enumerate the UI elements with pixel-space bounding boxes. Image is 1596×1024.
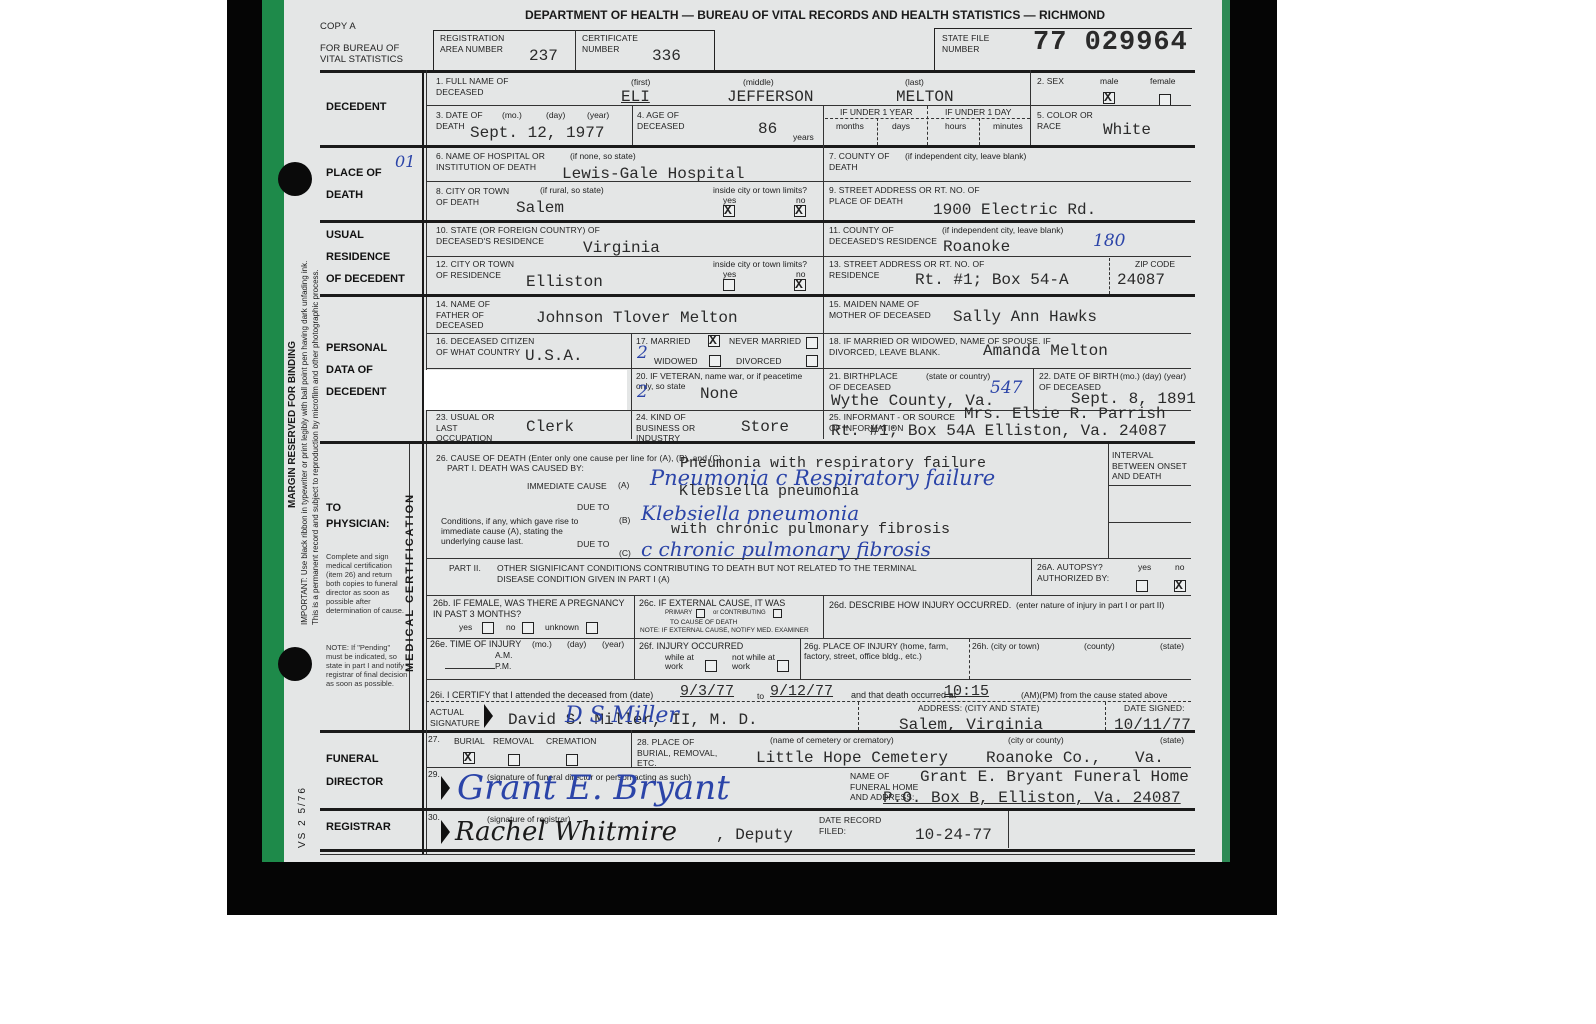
business-value: Store [741, 418, 789, 436]
item-29-label: 29. [428, 770, 440, 779]
section-funeral-director-2: DIRECTOR [326, 771, 383, 793]
inside-limits-label-2: inside city or town limits? [713, 260, 807, 269]
first-name-header: (first) [631, 78, 650, 87]
section-personal-data-3: DECEDENT [326, 381, 387, 403]
res-address-value: Rt. #1; Box 54-A [915, 271, 1069, 289]
burial-checkbox[interactable] [463, 752, 475, 764]
pregnancy-yes-checkbox[interactable] [482, 622, 494, 634]
immediate-cause-label: IMMEDIATE CAUSE [527, 481, 607, 492]
department-header: DEPARTMENT OF HEALTH — BUREAU OF VITAL R… [525, 8, 1105, 22]
part1-label: PART I. DEATH WAS CAUSED BY: [447, 463, 584, 474]
zip-label: ZIP CODE [1135, 260, 1175, 269]
county-of-death-hint: (if independent city, leave blank) [905, 152, 1026, 161]
res-county-hint: (if independent city, leave blank) [942, 226, 1063, 235]
registration-area-value: 237 [529, 47, 558, 65]
removal-label: REMOVAL [493, 737, 534, 746]
res-city-value: Elliston [526, 273, 603, 291]
item-27-label: 27. [428, 735, 440, 744]
days-label: days [892, 122, 910, 131]
male-checkbox[interactable] [1103, 92, 1115, 104]
state-hint: (state) [1160, 736, 1184, 745]
certify-text: 26i. I CERTIFY that I attended the decea… [430, 690, 653, 700]
zip-value: 24087 [1117, 271, 1165, 289]
mother-label: 15. MAIDEN NAME OF MOTHER OF DECEASED [829, 299, 939, 320]
physician-note: Complete and sign medical certification … [326, 552, 406, 615]
signature-pointer-icon [484, 704, 493, 728]
part2-label: PART II. [449, 563, 481, 574]
cremation-label: CREMATION [546, 737, 596, 746]
section-physician: TO [326, 500, 341, 516]
divorced-label: DIVORCED [736, 356, 782, 367]
ampm-label: (AM)(PM) from the cause stated above [1021, 690, 1167, 700]
veteran-value: None [700, 385, 738, 403]
yes-label-2: yes [723, 270, 736, 279]
citizen-value: U.S.A. [525, 347, 583, 365]
father-value: Johnson Tlover Melton [536, 309, 738, 327]
city-of-death-hint: (if rural, so state) [540, 186, 604, 195]
death-occurred-label: and that death occurred at [851, 690, 956, 700]
conditions-note: Conditions, if any, which gave rise to i… [441, 516, 591, 546]
date-filed-label: DATE RECORD FILED: [819, 815, 899, 836]
birthplace-hint: (state or country) [926, 372, 990, 381]
res-inside-limits-yes-checkbox[interactable] [723, 279, 735, 291]
father-label: 14. NAME OF FATHER OF DECEASED [436, 299, 516, 331]
while-work-checkbox[interactable] [705, 660, 717, 672]
male-label: male [1100, 77, 1118, 86]
cause-b-typed: Klebsiella pneumonia [679, 483, 859, 500]
section-usual-residence-2: RESIDENCE [326, 246, 390, 268]
divorced-checkbox[interactable] [806, 355, 818, 367]
occupation-value: Clerk [526, 418, 574, 436]
under-day-label: IF UNDER 1 DAY [945, 108, 1011, 117]
state-file-value: 77 029964 [1033, 28, 1188, 58]
age-value: 86 [758, 120, 777, 138]
death-time-value: 10:15 [944, 683, 989, 700]
section-usual-residence-3: OF DECEDENT [326, 268, 405, 290]
signature-pointer-icon [441, 820, 450, 844]
cause-c-typed: with chronic pulmonary fibrosis [671, 521, 950, 538]
date-of-death-value: Sept. 12, 1977 [470, 124, 604, 142]
registrar-signature: Rachel Whitmire [455, 817, 677, 847]
pregnancy-unknown-label: unknown [545, 623, 579, 632]
birth-date-label: 22. DATE OF BIRTH OF DECEASED [1039, 371, 1119, 392]
physician-signature: D S Miller [565, 703, 679, 728]
autopsy-yes-checkbox[interactable] [1136, 580, 1148, 592]
city-hint: (city or county) [1008, 736, 1064, 745]
am-label: A.M. [495, 651, 512, 660]
sex-label: 2. SEX [1037, 76, 1064, 87]
pregnancy-unknown-checkbox[interactable] [586, 622, 598, 634]
director-signature: Grant E. Bryant [457, 768, 730, 808]
race-label: 5. COLOR OR RACE [1037, 110, 1097, 131]
autopsy-yes-label: yes [1138, 563, 1151, 572]
date-filed-value: 10-24-77 [915, 826, 992, 844]
pregnancy-no-checkbox[interactable] [522, 622, 534, 634]
injury-mo-header: (mo.) [532, 640, 552, 649]
res-city-label: 12. CITY OR TOWN OF RESIDENCE [436, 259, 516, 280]
citizen-label: 16. DECEASED CITIZEN OF WHAT COUNTRY [436, 336, 536, 357]
pregnancy-label: 26b. IF FEMALE, WAS THERE A PREGNANCY IN… [433, 598, 633, 620]
inside-limits-no-checkbox[interactable] [794, 205, 806, 217]
attended-from-value: 9/3/77 [680, 683, 734, 700]
not-while-work-checkbox[interactable] [777, 660, 789, 672]
birth-date-hint: (mo.) (day) (year) [1120, 372, 1186, 381]
section-physician-2: PHYSICIAN: [326, 516, 390, 532]
informant-address-value: Rt. #1; Box 54A Elliston, Va. 24087 [831, 422, 1167, 440]
never-married-label: NEVER MARRIED [729, 336, 801, 347]
injury-description-label: 26d. DESCRIBE HOW INJURY OCCURRED. [829, 600, 1011, 610]
interval-label: INTERVAL BETWEEN ONSET AND DEATH [1112, 450, 1197, 482]
contributing-label: or CONTRIBUTING [713, 610, 766, 616]
punch-hole-icon [278, 647, 312, 681]
hospital-hint: (if none, so state) [570, 152, 636, 161]
section-place-of-death-2: DEATH [326, 184, 363, 206]
marital-code-annotation: 2 [637, 343, 648, 363]
section-personal-data-2: DATA OF [326, 359, 373, 381]
registration-area-label: REGISTRATION AREA NUMBER [440, 33, 515, 54]
paper-edge [1222, 0, 1230, 862]
injury-occurred-label: 26f. INJURY OCCURRED [639, 641, 743, 651]
res-county-label: 11. COUNTY OF DECEASED'S RESIDENCE [829, 225, 939, 246]
while-work-label: while at work [665, 653, 705, 671]
primary-checkbox[interactable] [696, 609, 705, 618]
last-name-value: MELTON [896, 88, 954, 106]
injury-city-label: 26h. (city or town) [972, 642, 1040, 651]
pending-note: NOTE: If "Pending" must be indicated, so… [326, 643, 408, 688]
burial-label: BURIAL [454, 737, 485, 746]
due-to-label-2: DUE TO [577, 539, 609, 550]
actual-signature-label: ACTUAL SIGNATURE [430, 707, 485, 728]
part2-text: OTHER SIGNIFICANT CONDITIONS CONTRIBUTIN… [497, 563, 937, 584]
to-cause-label: TO CAUSE OF DEATH [670, 619, 737, 626]
minutes-label: minutes [993, 122, 1023, 131]
section-decedent: DECEDENT [326, 96, 387, 118]
inside-limits-label: inside city or town limits? [713, 186, 807, 195]
year-header: (year) [587, 111, 609, 120]
birthplace-code-annotation: 547 [990, 378, 1022, 398]
months-label: months [836, 122, 864, 131]
section-funeral-director: FUNERAL [326, 748, 379, 770]
place-of-burial-label: 28. PLACE OF BURIAL, REMOVAL, ETC. [637, 737, 727, 769]
veteran-code-annotation: 2 [637, 382, 648, 402]
punch-hole-icon [278, 162, 312, 196]
informant-value: Mrs. Elsie R. Parrish [964, 405, 1166, 423]
funeral-home-address-value: P.O. Box B, Elliston, Va. 24087 [883, 789, 1181, 807]
cemetery-state-value: Va. [1135, 749, 1164, 767]
autopsy-no-label: no [1175, 563, 1184, 572]
birthplace-label: 21. BIRTHPLACE OF DECEASED [829, 371, 899, 392]
external-note: NOTE: IF EXTERNAL CAUSE, NOTIFY MED. EXA… [640, 627, 809, 634]
day-header: (day) [546, 111, 565, 120]
contributing-checkbox[interactable] [773, 609, 782, 618]
res-inside-limits-no-checkbox[interactable] [794, 279, 806, 291]
injury-county-label: (county) [1084, 642, 1115, 651]
section-registrar: REGISTRAR [326, 816, 391, 838]
hours-label: hours [945, 122, 966, 131]
city-of-death-value: Salem [516, 199, 564, 217]
mo-header: (mo.) [502, 111, 522, 120]
full-name-label: 1. FULL NAME OF DECEASED [436, 76, 516, 97]
widowed-checkbox[interactable] [709, 355, 721, 367]
res-state-value: Virginia [583, 239, 660, 257]
spouse-value: Amanda Melton [983, 342, 1108, 360]
business-label: 24. KIND OF BUSINESS OR INDUSTRY [636, 412, 716, 444]
never-married-checkbox[interactable] [806, 337, 818, 349]
binding-strip [262, 0, 284, 862]
certificate-label: CERTIFICATE NUMBER [582, 33, 652, 54]
pregnancy-yes-label: yes [459, 623, 472, 632]
external-cause-label: 26c. IF EXTERNAL CAUSE, IT WAS [639, 598, 785, 608]
physician-address-label: ADDRESS: (CITY AND STATE) [918, 703, 1040, 714]
removal-checkbox[interactable] [508, 754, 520, 766]
funeral-home-name-value: Grant E. Bryant Funeral Home [920, 768, 1189, 786]
not-while-work-label: not while at work [732, 653, 777, 671]
last-name-header: (last) [905, 78, 924, 87]
widowed-label: WIDOWED [654, 356, 698, 367]
to-word: to [757, 692, 764, 701]
female-label: female [1150, 77, 1176, 86]
inside-limits-yes-checkbox[interactable] [723, 205, 735, 217]
years-label: years [793, 133, 814, 142]
cemetery-hint: (name of cemetery or crematory) [770, 736, 894, 745]
state-file-label: STATE FILE NUMBER [942, 33, 1002, 54]
for-bureau-label: FOR BUREAU OF VITAL STATISTICS [320, 44, 410, 65]
cremation-checkbox[interactable] [566, 754, 578, 766]
county-code-annotation: 180 [1093, 231, 1125, 251]
attended-to-value: 9/12/77 [770, 683, 833, 700]
item-30-label: 30. [428, 813, 440, 822]
cemetery-county-value: Roanoke Co., [986, 749, 1101, 767]
middle-name-value: JEFFERSON [727, 88, 813, 106]
section-personal-data: PERSONAL [326, 337, 387, 359]
section-place-of-death: PLACE OF [326, 162, 382, 184]
race-value: White [1103, 121, 1151, 139]
due-to-label: DUE TO [577, 502, 609, 513]
county-of-death-label: 7. COUNTY OF DEATH [829, 151, 899, 172]
injury-description-hint: (enter nature of injury in part I or par… [1016, 600, 1164, 610]
margin-important-note: IMPORTANT: Use black ribbon in typewrite… [300, 261, 309, 625]
certificate-value: 336 [652, 47, 681, 65]
occupation-label: 23. USUAL OR LAST OCCUPATION [436, 412, 516, 444]
under-year-label: IF UNDER 1 YEAR [840, 108, 913, 117]
mother-value: Sally Ann Hawks [953, 308, 1097, 326]
primary-label: PRIMARY [665, 610, 692, 616]
signature-pointer-icon [441, 776, 450, 800]
section-usual-residence: USUAL [326, 224, 364, 246]
place-of-injury-label: 26g. PLACE OF INJURY (home, farm, factor… [804, 641, 969, 661]
pregnancy-no-label: no [506, 623, 515, 632]
injury-state-label: (state) [1160, 642, 1184, 651]
injury-year-header: (year) [602, 640, 624, 649]
time-of-injury-label: 26e. TIME OF INJURY [430, 639, 521, 649]
place-code-annotation: 01 [395, 152, 415, 171]
pm-label: P.M. [495, 662, 511, 671]
middle-name-header: (middle) [743, 78, 774, 87]
date-signed-label: DATE SIGNED: [1124, 703, 1185, 714]
copy-label: COPY A [320, 22, 356, 33]
autopsy-no-checkbox[interactable] [1174, 580, 1186, 592]
redacted-field [424, 370, 627, 410]
age-label: 4. AGE OF DECEASED [637, 110, 707, 131]
first-name-value: ELI [621, 88, 650, 106]
res-county-value: Roanoke [943, 238, 1010, 256]
deputy-label: , Deputy [716, 826, 793, 844]
injury-day-header: (day) [567, 640, 586, 649]
married-checkbox[interactable] [708, 335, 720, 347]
death-address-value: 1900 Electric Rd. [933, 201, 1096, 219]
autopsy-label: 26a. AUTOPSY? AUTHORIZED BY: [1037, 562, 1117, 583]
binding-margin-label: MARGIN RESERVED FOR BINDING [287, 341, 298, 508]
margin-permanent-note: This is a permanent record and subject t… [311, 269, 320, 625]
cemetery-value: Little Hope Cemetery [756, 749, 948, 767]
hospital-label: 6. NAME OF HOSPITAL OR INSTITUTION OF DE… [436, 151, 556, 172]
form-code: VS 2 5/76 [297, 786, 308, 848]
city-of-death-label: 8. CITY OR TOWN OF DEATH [436, 186, 516, 207]
